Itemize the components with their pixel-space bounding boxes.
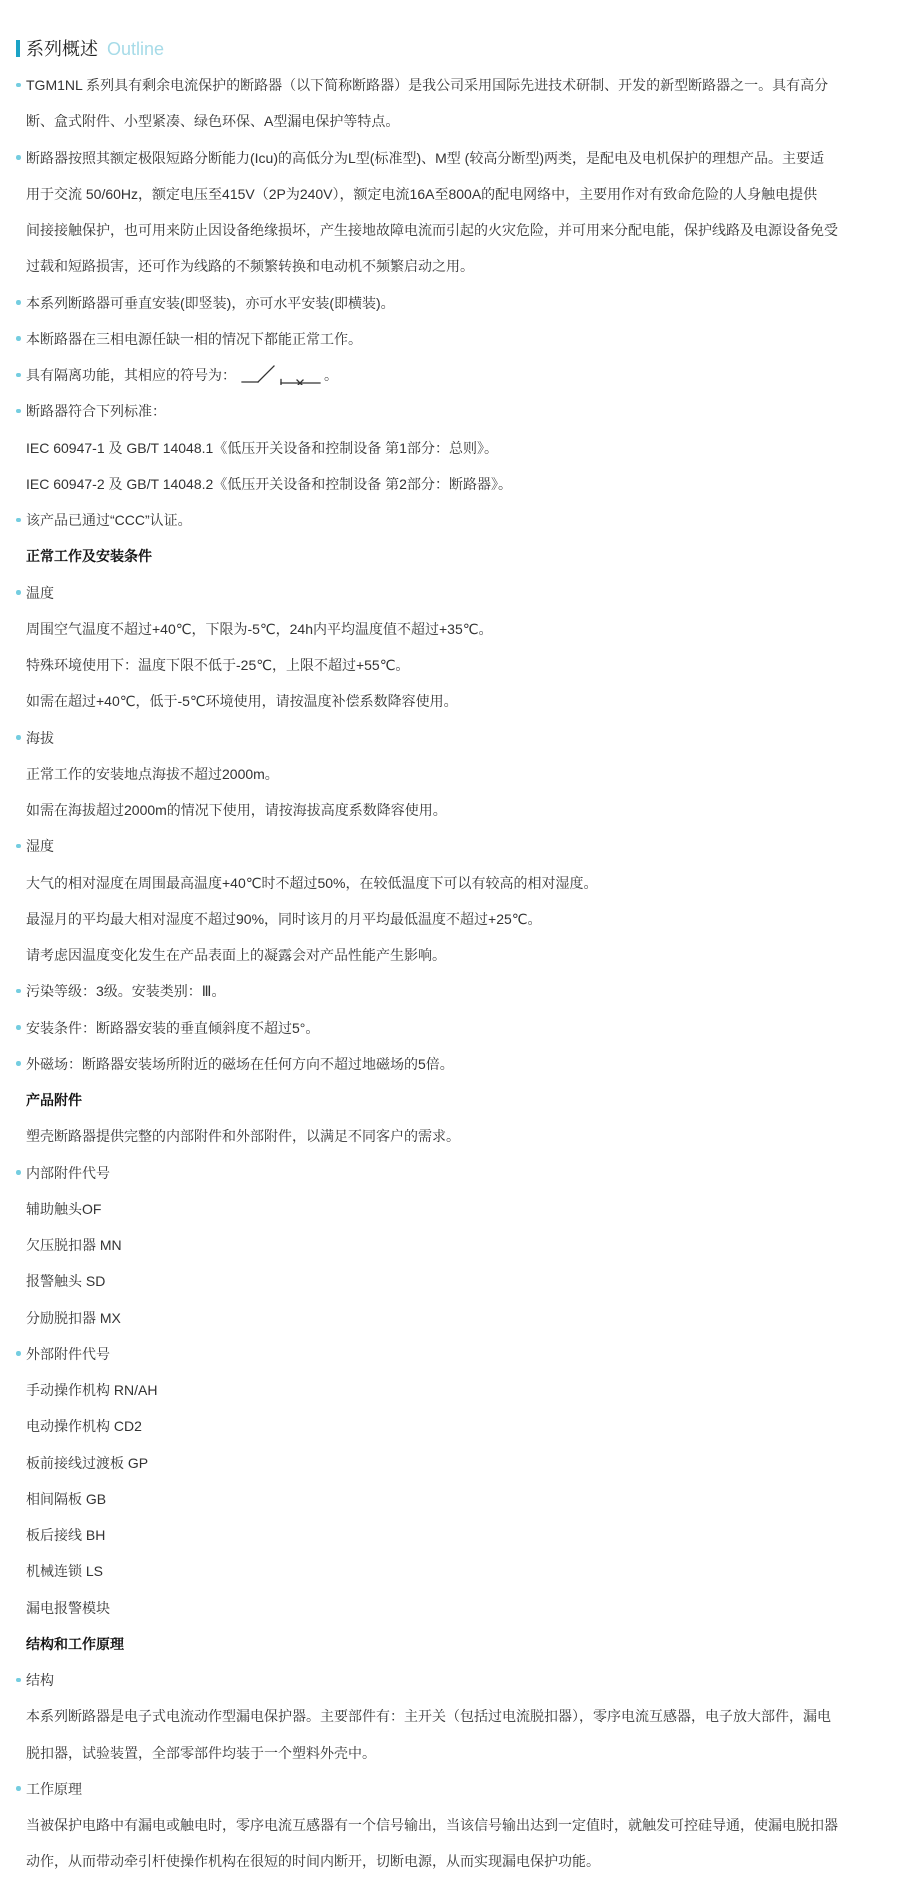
condition-detail: 正常工作的安装地点海拔不超过2000m。 (0, 756, 900, 792)
accessory-item: 板后接线 BH (0, 1517, 900, 1553)
isolation-switch-symbol-icon (240, 361, 322, 385)
standard-text: IEC 60947-1 及 GB/T 14048.1《低压开关设备和控制设备 第… (26, 440, 498, 456)
bullet-item: 安装条件：断路器安装的垂直倾斜度不超过5°。 (0, 1010, 900, 1046)
paragraph-continuation: 动作，从而带动牵引杆使操作机构在很短的时间内断开，切断电源，从而实现漏电保护功能… (0, 1843, 900, 1879)
condition-text: 最湿月的平均最大相对湿度不超过90%，同时该月的月平均最低温度不超过+25℃。 (26, 911, 542, 927)
accessory-text: 机械连锁 LS (26, 1563, 103, 1579)
intro-text: 塑壳断路器提供完整的内部附件和外部附件，以满足不同客户的需求。 (26, 1128, 460, 1144)
bullet-item: 本系列断路器可垂直安装(即竖装)，亦可水平安装(即横装)。 (0, 285, 900, 321)
bullet-dot-icon (16, 590, 21, 595)
bullet-dot-icon (16, 1025, 21, 1030)
principle-group-label: 工作原理 (26, 1781, 82, 1797)
condition-detail: 请考虑因温度变化发生在产品表面上的凝露会对产品性能产生影响。 (0, 937, 900, 973)
bullet-item: 温度 (0, 575, 900, 611)
accessory-item: 手动操作机构 RN/AH (0, 1372, 900, 1408)
paragraph-line: 间接接触保护，也可用来防止因设备绝缘损坏，产生接地故障电流而引起的火灾危险，并可… (26, 222, 838, 238)
accessory-text: 报警触头 SD (26, 1273, 105, 1289)
condition-text: 周围空气温度不超过+40℃，下限为-5℃，24h内平均温度值不超过+35℃。 (26, 621, 492, 637)
accessory-group-label: 内部附件代号 (26, 1165, 110, 1181)
standard-text: IEC 60947-2 及 GB/T 14048.2《低压开关设备和控制设备 第… (26, 476, 512, 492)
paragraph-continuation: 本系列断路器是电子式电流动作型漏电保护器。主要部件有：主开关（包括过电流脱扣器）… (0, 1698, 900, 1734)
bullet-dot-icon (16, 336, 21, 341)
paragraph-continuation: 脱扣器，试验装置，全部零部件均装于一个塑料外壳中。 (0, 1735, 900, 1771)
accessory-text: 相间隔板 GB (26, 1491, 106, 1507)
conditions-section: 正常工作及安装条件 温度 周围空气温度不超过+40℃，下限为-5℃，24h内平均… (0, 538, 900, 1082)
accessory-text: 漏电报警模块 (26, 1600, 110, 1616)
bullet-dot-icon (16, 1786, 21, 1791)
accessory-text: 电动操作机构 CD2 (26, 1418, 142, 1434)
condition-text: 如需在海拔超过2000m的情况下使用，请按海拔高度系数降容使用。 (26, 802, 447, 818)
accessories-section: 产品附件 塑壳断路器提供完整的内部附件和外部附件，以满足不同客户的需求。 内部附… (0, 1082, 900, 1626)
paragraph-continuation: 断、盒式附件、小型紧凑、绿色环保、A型漏电保护等特点。 (0, 103, 900, 139)
condition-label: 湿度 (26, 838, 54, 854)
condition-label: 温度 (26, 585, 54, 601)
accessory-text: 手动操作机构 RN/AH (26, 1382, 157, 1398)
bullet-dot-icon (16, 989, 21, 994)
product-outline-page: 系列概述Outline TGM1NL 系列具有剩余电流保护的断路器（以下简称断路… (0, 0, 900, 1895)
condition-text: 正常工作的安装地点海拔不超过2000m。 (26, 766, 279, 782)
accessory-item: 漏电报警模块 (0, 1590, 900, 1626)
paragraph-continuation: 用于交流 50/60Hz，额定电压至415V（2P为240V），额定电流16A至… (0, 176, 900, 212)
bullet-item: 该产品已通过“CCC”认证。 (0, 502, 900, 538)
bullet-item: 工作原理 (0, 1771, 900, 1807)
condition-label: 海拔 (26, 730, 54, 746)
accessory-item: 分励脱扣器 MX (0, 1300, 900, 1336)
section-title: 系列概述Outline (0, 32, 900, 67)
bullet-dot-icon (16, 1061, 21, 1066)
bullet-dot-icon (16, 155, 21, 160)
paragraph-suffix: 。 (324, 367, 338, 383)
bullet-item: 结构 (0, 1662, 900, 1698)
section-heading: 产品附件 (0, 1082, 900, 1118)
bullet-item: 污染等级：3级。安装类别：Ⅲ。 (0, 973, 900, 1009)
bullet-dot-icon (16, 373, 21, 378)
bullet-dot-icon (16, 844, 21, 849)
overview-section: TGM1NL 系列具有剩余电流保护的断路器（以下简称断路器）是我公司采用国际先进… (0, 67, 900, 538)
title-accent-bar (16, 40, 20, 57)
paragraph-line: 用于交流 50/60Hz，额定电压至415V（2P为240V），额定电流16A至… (26, 186, 817, 202)
condition-detail: 周围空气温度不超过+40℃，下限为-5℃，24h内平均温度值不超过+35℃。 (0, 611, 900, 647)
bullet-dot-icon (16, 409, 21, 414)
paragraph-line: TGM1NL 系列具有剩余电流保护的断路器（以下简称断路器）是我公司采用国际先进… (26, 77, 828, 93)
bullet-item: 内部附件代号 (0, 1155, 900, 1191)
bullet-dot-icon (16, 735, 21, 740)
bullet-item: 外磁场：断路器安装场所附近的磁场在任何方向不超过地磁场的5倍。 (0, 1046, 900, 1082)
accessory-item: 欠压脱扣器 MN (0, 1227, 900, 1263)
bullet-item: 断路器按照其额定极限短路分断能力(Icu)的高低分为L型(标准型)、M型 (较高… (0, 140, 900, 176)
section-title-text: 系列概述 (26, 39, 98, 59)
standard-item: IEC 60947-1 及 GB/T 14048.1《低压开关设备和控制设备 第… (0, 430, 900, 466)
condition-detail: 大气的相对湿度在周围最高温度+40℃时不超过50%，在较低温度下可以有较高的相对… (0, 865, 900, 901)
bullet-item: 海拔 (0, 720, 900, 756)
paragraph-continuation: 过载和短路损害，还可作为线路的不频繁转换和电动机不频繁启动之用。 (0, 248, 900, 284)
paragraph-line: 断路器符合下列标准： (26, 403, 166, 419)
condition-text: 如需在超过+40℃，低于-5℃环境使用，请按温度补偿系数降容使用。 (26, 693, 458, 709)
paragraph-line: 过载和短路损害，还可作为线路的不频繁转换和电动机不频繁启动之用。 (26, 258, 474, 274)
paragraph-line: 该产品已通过“CCC”认证。 (26, 512, 192, 528)
condition-label: 安装条件：断路器安装的垂直倾斜度不超过5°。 (26, 1020, 319, 1036)
accessories-intro: 塑壳断路器提供完整的内部附件和外部附件，以满足不同客户的需求。 (0, 1118, 900, 1154)
condition-detail: 最湿月的平均最大相对湿度不超过90%，同时该月的月平均最低温度不超过+25℃。 (0, 901, 900, 937)
section-heading: 结构和工作原理 (0, 1626, 900, 1662)
accessory-item: 电动操作机构 CD2 (0, 1408, 900, 1444)
paragraph-line: 本系列断路器是电子式电流动作型漏电保护器。主要部件有：主开关（包括过电流脱扣器）… (26, 1708, 831, 1724)
paragraph-line: 本系列断路器可垂直安装(即竖装)，亦可水平安装(即横装)。 (26, 295, 395, 311)
paragraph-line: 脱扣器，试验装置，全部零部件均装于一个塑料外壳中。 (26, 1745, 376, 1761)
accessory-item: 报警触头 SD (0, 1263, 900, 1299)
paragraph-continuation: 当被保护电路中有漏电或触电时，零序电流互感器有一个信号输出，当该信号输出达到一定… (0, 1807, 900, 1843)
condition-label: 外磁场：断路器安装场所附近的磁场在任何方向不超过地磁场的5倍。 (26, 1056, 454, 1072)
bullet-item: 本断路器在三相电源任缺一相的情况下都能正常工作。 (0, 321, 900, 357)
section-heading: 正常工作及安装条件 (0, 538, 900, 574)
paragraph-line: 当被保护电路中有漏电或触电时，零序电流互感器有一个信号输出，当该信号输出达到一定… (26, 1817, 838, 1833)
paragraph-line: 断、盒式附件、小型紧凑、绿色环保、A型漏电保护等特点。 (26, 113, 399, 129)
accessory-item: 辅助触头OF (0, 1191, 900, 1227)
bullet-dot-icon (16, 518, 21, 523)
paragraph-line: 断路器按照其额定极限短路分断能力(Icu)的高低分为L型(标准型)、M型 (较高… (26, 150, 824, 166)
condition-detail: 如需在超过+40℃，低于-5℃环境使用，请按温度补偿系数降容使用。 (0, 683, 900, 719)
standard-item: IEC 60947-2 及 GB/T 14048.2《低压开关设备和控制设备 第… (0, 466, 900, 502)
paragraph-continuation: 间接接触保护，也可用来防止因设备绝缘损坏，产生接地故障电流而引起的火灾危险，并可… (0, 212, 900, 248)
accessory-item: 机械连锁 LS (0, 1553, 900, 1589)
bullet-dot-icon (16, 1678, 21, 1683)
bullet-dot-icon (16, 83, 21, 88)
section-subtitle: Outline (107, 39, 164, 59)
accessory-item: 板前接线过渡板 GP (0, 1445, 900, 1481)
accessory-group-label: 外部附件代号 (26, 1346, 110, 1362)
accessory-text: 欠压脱扣器 MN (26, 1237, 122, 1253)
condition-detail: 如需在海拔超过2000m的情况下使用，请按海拔高度系数降容使用。 (0, 792, 900, 828)
accessory-text: 辅助触头OF (26, 1201, 101, 1217)
bullet-item: 湿度 (0, 828, 900, 864)
principle-group-label: 结构 (26, 1672, 54, 1688)
accessory-text: 板前接线过渡板 GP (26, 1455, 148, 1471)
condition-label: 污染等级：3级。安装类别：Ⅲ。 (26, 983, 225, 999)
principle-section: 结构和工作原理 结构 本系列断路器是电子式电流动作型漏电保护器。主要部件有：主开… (0, 1626, 900, 1880)
accessory-text: 板后接线 BH (26, 1527, 105, 1543)
condition-text: 大气的相对湿度在周围最高温度+40℃时不超过50%，在较低温度下可以有较高的相对… (26, 875, 598, 891)
accessory-item: 相间隔板 GB (0, 1481, 900, 1517)
condition-text: 特殊环境使用下：温度下限不低于-25℃，上限不超过+55℃。 (26, 657, 409, 673)
bullet-item: 断路器符合下列标准： (0, 393, 900, 429)
condition-detail: 特殊环境使用下：温度下限不低于-25℃，上限不超过+55℃。 (0, 647, 900, 683)
condition-text: 请考虑因温度变化发生在产品表面上的凝露会对产品性能产生影响。 (26, 947, 446, 963)
bullet-dot-icon (16, 1351, 21, 1356)
bullet-item-isolation: 具有隔离功能，其相应的符号为： 。 (0, 357, 900, 393)
paragraph-line: 本断路器在三相电源任缺一相的情况下都能正常工作。 (26, 331, 362, 347)
bullet-dot-icon (16, 300, 21, 305)
paragraph-line: 动作，从而带动牵引杆使操作机构在很短的时间内断开，切断电源，从而实现漏电保护功能… (26, 1853, 600, 1869)
paragraph-line: 具有隔离功能，其相应的符号为： (26, 367, 236, 383)
bullet-item: TGM1NL 系列具有剩余电流保护的断路器（以下简称断路器）是我公司采用国际先进… (0, 67, 900, 103)
bullet-item: 外部附件代号 (0, 1336, 900, 1372)
accessory-text: 分励脱扣器 MX (26, 1310, 121, 1326)
bullet-dot-icon (16, 1170, 21, 1175)
